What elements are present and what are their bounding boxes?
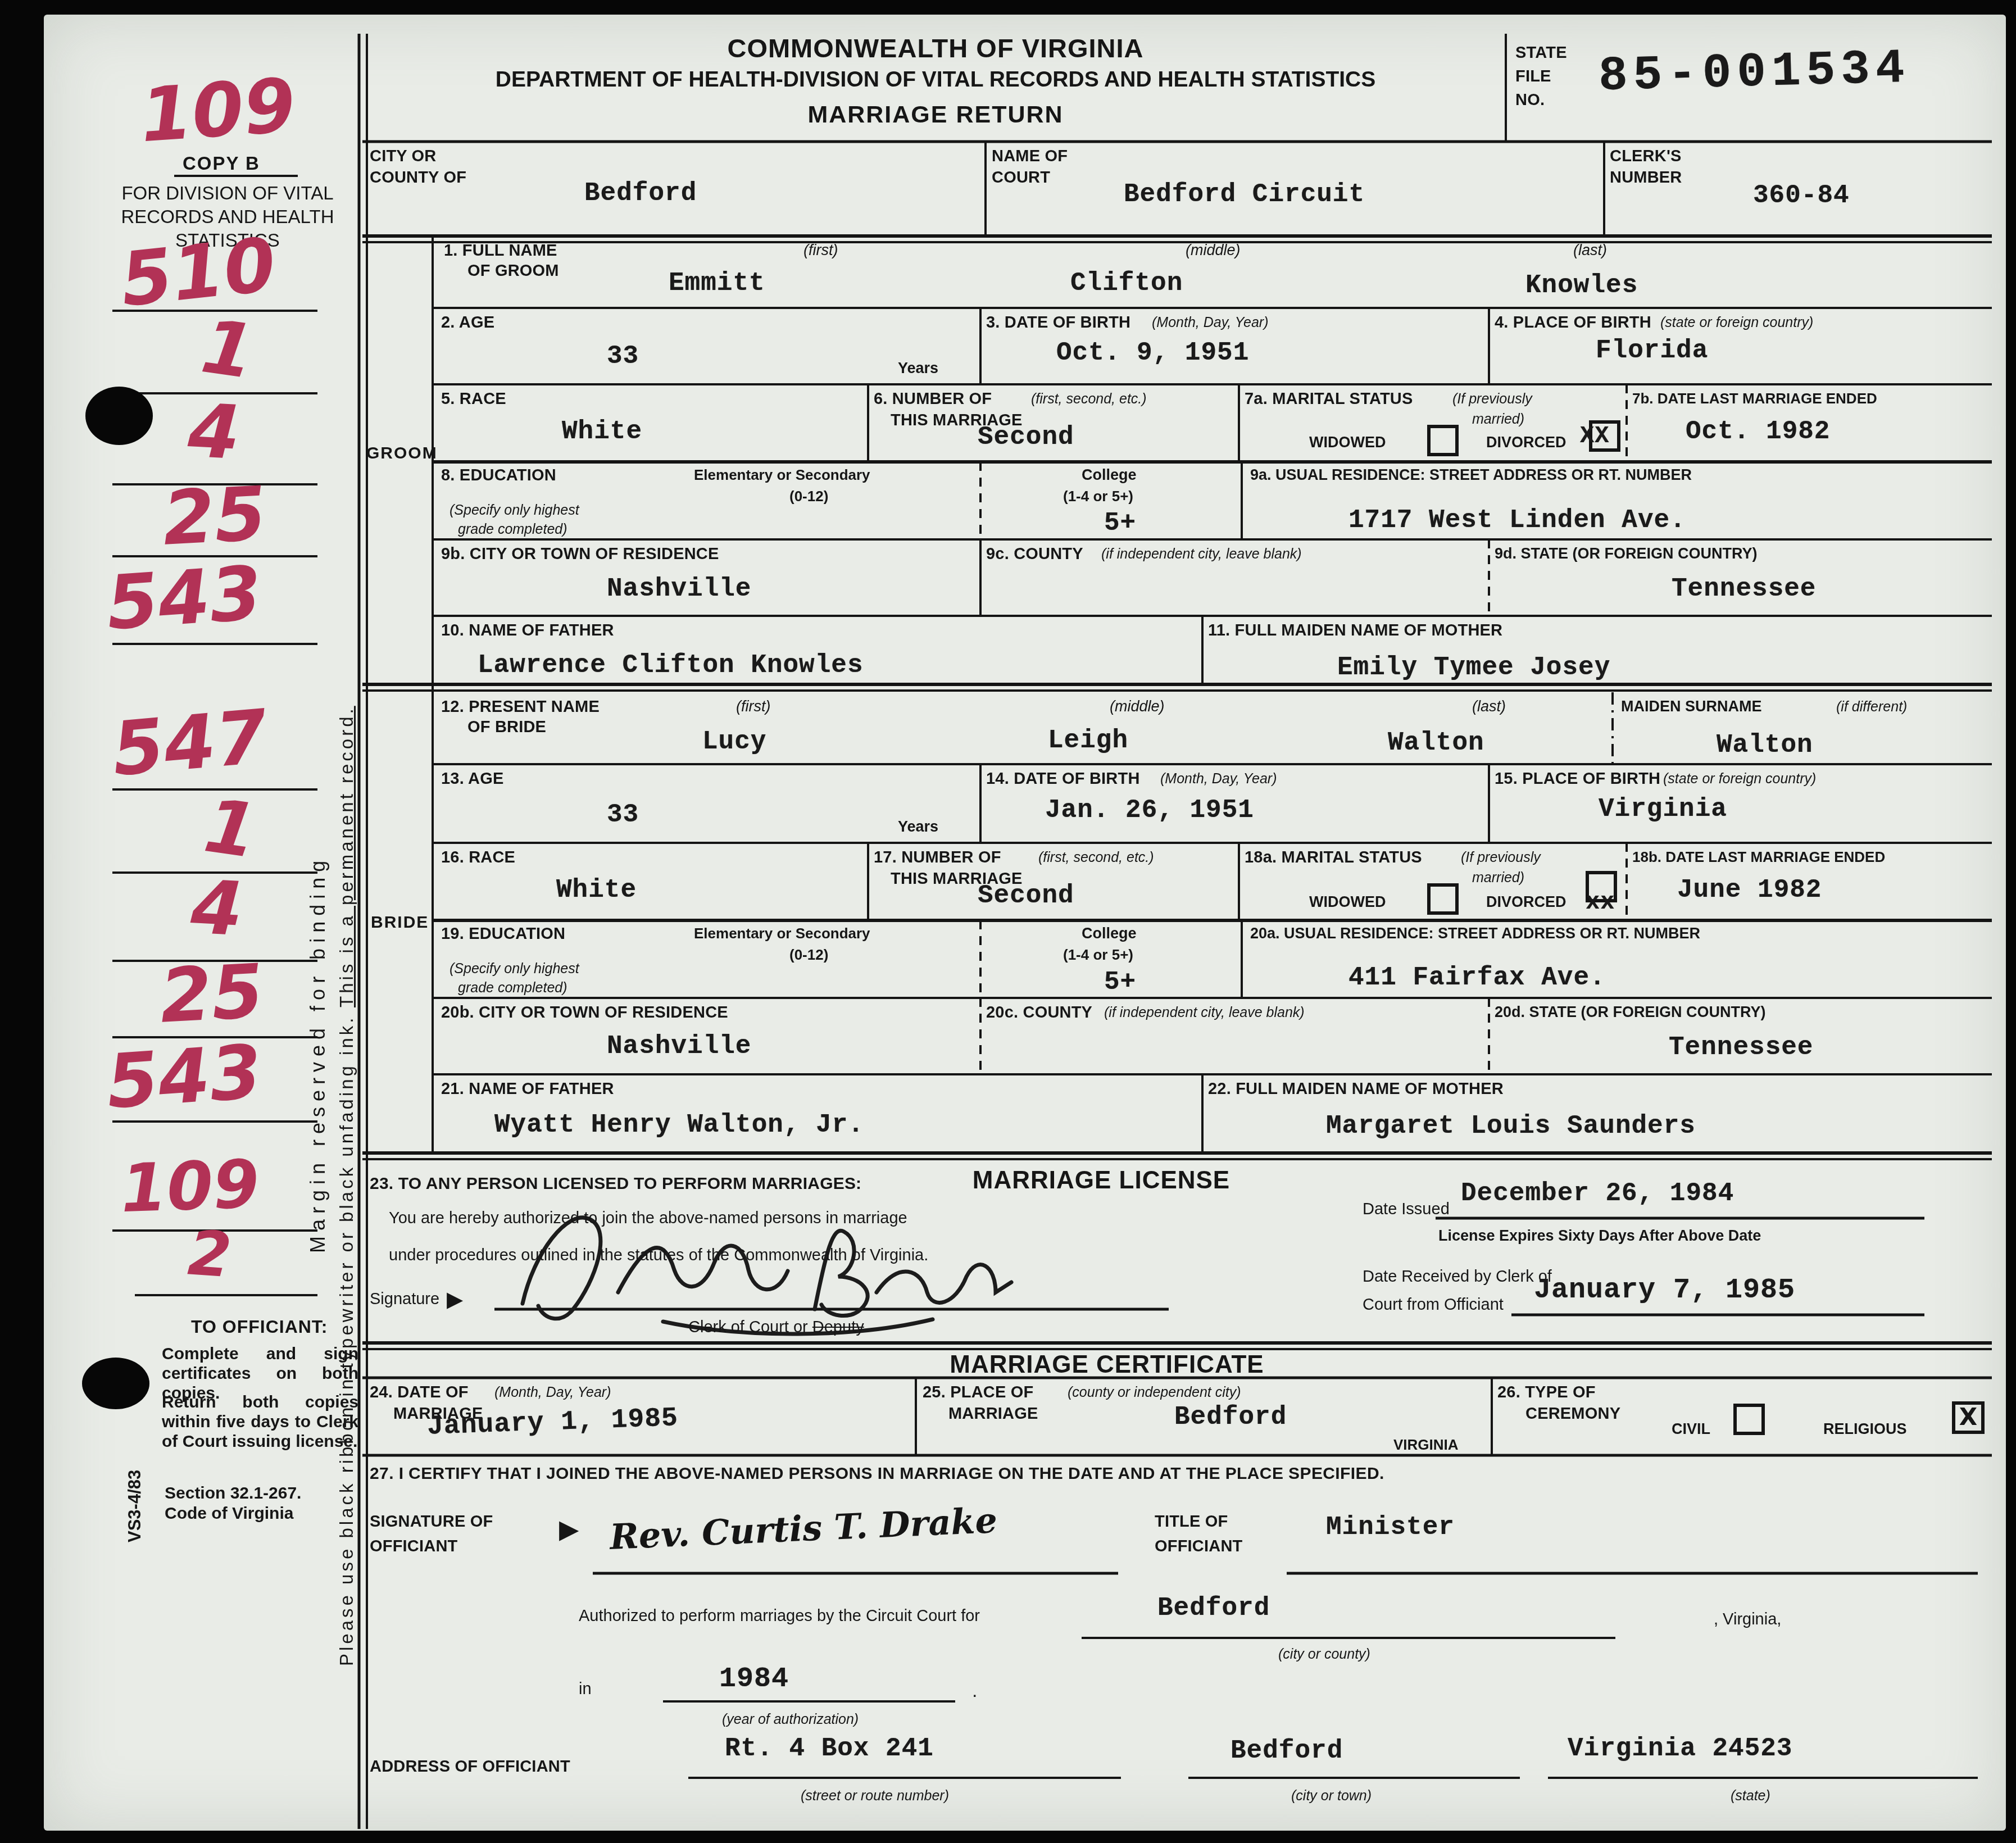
officiant-signature-label: OFFICIANT: [370, 1537, 457, 1556]
signature-arrow-icon: ▶: [447, 1287, 463, 1312]
clerk-caption-text: Clerk of Court or: [688, 1318, 812, 1336]
first-sublabel: (first): [803, 242, 838, 259]
groom-mother-value: Emily Tymee Josey: [1337, 653, 1610, 682]
code-reference: Section 32.1-267.: [165, 1483, 301, 1503]
bride-dob-value: Jan. 26, 1951: [1045, 796, 1254, 825]
groom-divorced-mark: XX: [1580, 423, 1609, 450]
groom-name-label: OF GROOM: [467, 262, 559, 280]
groom-county-sublabel: (if independent city, leave blank): [1101, 546, 1302, 562]
groom-education-spec: (Specify only highest: [449, 502, 579, 519]
bride-last-name: Walton: [1388, 728, 1484, 757]
cert-date-label: 24. DATE OF: [370, 1383, 469, 1402]
groom-divorced-label: DIVORCED: [1486, 434, 1567, 451]
form-rules: [0, 0, 2016, 1843]
groom-marriage-number-value: Second: [978, 423, 1074, 452]
state-sublabel: (state): [1731, 1788, 1770, 1804]
license-date-issued-label: Date Issued: [1363, 1200, 1450, 1219]
groom-last-marriage-ended-value: Oct. 1982: [1686, 417, 1830, 446]
groom-dob-label: 3. DATE OF BIRTH: [986, 314, 1130, 332]
bride-last-marriage-ended-value: June 1982: [1677, 875, 1822, 905]
margin-number: 543: [104, 550, 265, 647]
bride-mother-label: 22. FULL MAIDEN NAME OF MOTHER: [1208, 1080, 1504, 1098]
groom-race-value: White: [562, 417, 642, 446]
margin-number: 109: [138, 62, 298, 160]
bride-age-label: 13. AGE: [441, 770, 504, 788]
bride-marital-status-label: 18a. MARITAL STATUS: [1245, 848, 1422, 867]
maiden-surname-sublabel: (if different): [1836, 699, 1907, 715]
groom-first-name: Emmitt: [669, 269, 765, 298]
court-value: Bedford Circuit: [1124, 180, 1365, 209]
margin-number: 25: [161, 470, 269, 562]
religious-label: RELIGIOUS: [1823, 1420, 1907, 1438]
to-officiant-heading: TO OFFICIANT:: [191, 1317, 328, 1337]
groom-city-value: Nashville: [607, 574, 751, 603]
margin-number: 2: [186, 1216, 234, 1291]
bride-college-value: 5+: [1104, 968, 1136, 997]
license-date-issued-value: December 26, 1984: [1461, 1179, 1734, 1208]
civil-label: CIVIL: [1672, 1420, 1710, 1438]
groom-band-label: GROOM: [366, 444, 438, 463]
officiant-address-street: Rt. 4 Box 241: [725, 1734, 934, 1763]
binding-margin-note: Margin reserved for binding: [306, 855, 330, 1253]
bride-first-name: Lucy: [702, 727, 766, 756]
groom-marriage-number-label: 6. NUMBER OF: [874, 390, 992, 408]
groom-marital-status-sublabel: (If previously: [1452, 391, 1532, 407]
cert-place-state: VIRGINIA: [1393, 1436, 1459, 1454]
title-department: DEPARTMENT OF HEALTH-DIVISION OF VITAL R…: [371, 67, 1500, 92]
bride-marriage-number-sublabel: (first, second, etc.): [1038, 850, 1154, 866]
bride-residence-value: 411 Fairfax Ave.: [1348, 963, 1606, 992]
groom-pob-label: 4. PLACE OF BIRTH: [1495, 314, 1651, 332]
bride-state-value: Tennessee: [1669, 1033, 1813, 1062]
year-sublabel: (year of authorization): [722, 1712, 859, 1728]
bride-education-label: 19. EDUCATION: [441, 925, 565, 943]
groom-marital-status-label: 7a. MARITAL STATUS: [1245, 390, 1413, 408]
bride-race-label: 16. RACE: [441, 848, 515, 867]
bride-dob-label: 14. DATE OF BIRTH: [986, 770, 1140, 788]
bride-city-value: Nashville: [607, 1032, 751, 1061]
bride-marriage-number-label: 17. NUMBER OF: [874, 848, 1001, 867]
permanent-record-note: Please use black ribbon in typewriter or…: [336, 706, 357, 1666]
bride-band-label: BRIDE: [371, 913, 429, 932]
officiant-note: Return both copies within five days to C…: [162, 1392, 358, 1451]
court-label: COURT: [992, 169, 1050, 187]
groom-marriage-number-sublabel: (first, second, etc.): [1031, 391, 1147, 407]
form-code: VS3-4/83: [125, 1470, 145, 1542]
bride-name-label: OF BRIDE: [467, 718, 546, 737]
copy-for-text: RECORDS AND HEALTH: [96, 207, 360, 226]
groom-last-marriage-ended-label: 7b. DATE LAST MARRIAGE ENDED: [1632, 390, 1877, 407]
groom-state-label: 9d. STATE (OR FOREIGN COUNTRY): [1495, 545, 1758, 562]
cert-place-label: MARRIAGE: [948, 1405, 1038, 1423]
authorized-place-value: Bedford: [1157, 1594, 1270, 1623]
first-sublabel: (first): [736, 698, 770, 715]
groom-last-name: Knowles: [1525, 271, 1638, 300]
elementary-secondary-range: (0-12): [789, 946, 828, 964]
state-file-number: 85-001534: [1598, 41, 1911, 104]
authorized-label: Authorized to perform marriages by the C…: [579, 1607, 980, 1626]
clerk-caption: Clerk of Court or Deputy: [688, 1318, 864, 1337]
bride-county-label: 20c. COUNTY: [986, 1004, 1092, 1022]
street-sublabel: (street or route number): [801, 1788, 949, 1804]
bride-marriage-number-value: Second: [978, 881, 1074, 910]
elementary-secondary-range: (0-12): [789, 488, 828, 505]
college-label: College: [1082, 466, 1137, 484]
groom-dob-value: Oct. 9, 1951: [1056, 338, 1249, 367]
groom-residence-value: 1717 West Linden Ave.: [1348, 506, 1686, 535]
civil-checkbox: [1733, 1404, 1765, 1435]
bride-race-value: White: [556, 875, 637, 905]
cert-place-sublabel: (county or independent city): [1068, 1384, 1241, 1401]
groom-marital-status-sublabel: married): [1472, 411, 1524, 428]
bride-pob-sublabel: (state or foreign country): [1663, 771, 1816, 787]
in-label: in: [579, 1680, 592, 1699]
groom-residence-label: 9a. USUAL RESIDENCE: STREET ADDRESS OR R…: [1250, 466, 1692, 484]
bride-divorced-mark: xx: [1586, 889, 1615, 916]
bride-widowed-checkbox: [1427, 883, 1459, 915]
cert-place-value: Bedford: [1174, 1402, 1287, 1432]
religious-check-mark: X: [1959, 1403, 1977, 1431]
officiant-address-label: ADDRESS OF OFFICIANT: [370, 1758, 570, 1776]
bride-last-marriage-ended-label: 18b. DATE LAST MARRIAGE ENDED: [1632, 848, 1885, 866]
bride-city-label: 20b. CITY OR TOWN OF RESIDENCE: [441, 1004, 728, 1022]
state-file-label: STATE: [1515, 44, 1567, 62]
bride-maiden-surname: Walton: [1717, 730, 1813, 760]
margin-number: 109: [120, 1145, 261, 1228]
officiant-title-label: OFFICIANT: [1155, 1537, 1242, 1556]
license-section-title: MARRIAGE LICENSE: [905, 1166, 1298, 1195]
bride-widowed-label: WIDOWED: [1309, 893, 1386, 911]
elementary-secondary-label: Elementary or Secondary: [694, 466, 870, 484]
groom-age-label: 2. AGE: [441, 314, 494, 332]
margin-number: 25: [158, 948, 266, 1039]
margin-number: 510: [117, 221, 280, 324]
bride-divorced-label: DIVORCED: [1486, 893, 1567, 911]
license-expires-note: License Expires Sixty Days After Above D…: [1438, 1227, 1761, 1245]
state-file-label: NO.: [1515, 91, 1545, 110]
bride-age-value: 33: [607, 800, 639, 829]
years-label: Years: [898, 360, 938, 377]
officiant-address-state: Virginia 24523: [1568, 1734, 1792, 1763]
copy-for-text: FOR DIVISION OF VITAL: [96, 183, 360, 203]
bride-father-value: Wyatt Henry Walton, Jr.: [494, 1110, 864, 1140]
city-county-value: Bedford: [584, 179, 697, 208]
state-file-label: FILE: [1515, 67, 1551, 86]
license-signature-label: Signature: [370, 1290, 439, 1309]
clerk-caption-struck: Deputy: [812, 1318, 864, 1336]
city-county-sublabel: (city or county): [1278, 1646, 1370, 1663]
groom-age-value: 33: [607, 342, 639, 371]
groom-pob-sublabel: (state or foreign country): [1660, 315, 1813, 331]
groom-education-label: 8. EDUCATION: [441, 466, 556, 485]
bride-dob-sublabel: (Month, Day, Year): [1160, 771, 1277, 787]
bride-middle-name: Leigh: [1048, 726, 1128, 755]
punch-holes: [82, 387, 153, 1409]
license-auth-text: You are hereby authorized to join the ab…: [389, 1209, 907, 1228]
title-marriage-return: MARRIAGE RETURN: [371, 101, 1500, 129]
bride-pob-label: 15. PLACE OF BIRTH: [1495, 770, 1660, 788]
cert-item27-text: 27. I CERTIFY THAT I JOINED THE ABOVE-NA…: [370, 1464, 1384, 1483]
groom-widowed-label: WIDOWED: [1309, 434, 1386, 451]
license-item23-label: 23. TO ANY PERSON LICENSED TO PERFORM MA…: [370, 1174, 861, 1193]
religious-checkbox: X: [1952, 1401, 1985, 1434]
bride-name-label: 12. PRESENT NAME: [441, 698, 600, 716]
officiant-address-city: Bedford: [1231, 1736, 1343, 1765]
clerk-number-label: NUMBER: [1610, 169, 1682, 187]
last-sublabel: (last): [1472, 698, 1506, 715]
license-date-received-value: January 7, 1985: [1534, 1274, 1795, 1306]
bride-residence-label: 20a. USUAL RESIDENCE: STREET ADDRESS OR …: [1250, 925, 1700, 942]
copy-label: COPY B: [183, 153, 260, 174]
court-label: NAME OF: [992, 147, 1068, 166]
virginia-suffix: , Virginia,: [1714, 1610, 1781, 1629]
college-range: (1-4 or 5+): [1063, 946, 1133, 964]
groom-name-label: 1. FULL NAME: [444, 242, 557, 260]
cert-ceremony-label: CEREMONY: [1525, 1405, 1620, 1423]
bride-marital-status-sublabel: (If previously: [1461, 850, 1541, 866]
college-range: (1-4 or 5+): [1063, 488, 1133, 505]
groom-pob-value: Florida: [1596, 336, 1708, 365]
bride-county-sublabel: (if independent city, leave blank): [1104, 1005, 1305, 1021]
groom-father-value: Lawrence Clifton Knowles: [478, 651, 864, 680]
middle-sublabel: (middle): [1110, 698, 1165, 715]
elementary-secondary-label: Elementary or Secondary: [694, 925, 870, 942]
margin-number: 4: [189, 864, 245, 954]
margin-number: 543: [104, 1029, 265, 1126]
city-county-label: COUNTY OF: [370, 169, 466, 187]
license-received-label: Court from Officiant: [1363, 1296, 1504, 1314]
margin-number: 547: [109, 693, 271, 793]
last-sublabel: (last): [1573, 242, 1607, 259]
bride-father-label: 21. NAME OF FATHER: [441, 1080, 614, 1098]
bride-state-label: 20d. STATE (OR FOREIGN COUNTRY): [1495, 1004, 1766, 1021]
groom-education-spec: grade completed): [458, 521, 567, 538]
maiden-surname-label: MAIDEN SURNAME: [1621, 698, 1762, 715]
years-label: Years: [898, 818, 938, 836]
cert-ceremony-label: 26. TYPE OF: [1497, 1383, 1596, 1402]
bride-education-spec: grade completed): [458, 980, 567, 996]
cert-place-label: 25. PLACE OF: [923, 1383, 1033, 1402]
authorization-year-value: 1984: [719, 1663, 789, 1695]
bride-mother-value: Margaret Louis Saunders: [1326, 1111, 1696, 1141]
bride-marital-status-sublabel: married): [1472, 870, 1524, 886]
permanent-note-text: This is a permanent record.: [336, 706, 357, 1007]
groom-widowed-checkbox: [1427, 425, 1459, 456]
groom-dob-sublabel: (Month, Day, Year): [1152, 315, 1269, 331]
groom-middle-name: Clifton: [1070, 269, 1183, 298]
groom-college-value: 5+: [1104, 509, 1136, 538]
ink-note-text: Please use black ribbon in typewriter or…: [336, 1007, 357, 1666]
license-auth-text: under procedures outlined in the statute…: [389, 1246, 928, 1265]
groom-mother-label: 11. FULL MAIDEN NAME OF MOTHER: [1208, 621, 1502, 640]
title-commonwealth: COMMONWEALTH OF VIRGINIA: [371, 33, 1500, 63]
bride-education-spec: (Specify only highest: [449, 961, 579, 977]
groom-county-label: 9c. COUNTY: [986, 545, 1083, 564]
margin-number: 4: [186, 388, 242, 477]
signature-arrow-icon: ▶: [559, 1514, 579, 1544]
year-period: .: [972, 1680, 977, 1702]
city-county-label: CITY OR: [370, 147, 437, 166]
groom-city-label: 9b. CITY OR TOWN OF RESIDENCE: [441, 545, 719, 564]
code-reference: Code of Virginia: [165, 1504, 293, 1523]
groom-race-label: 5. RACE: [441, 390, 506, 408]
license-received-label: Date Received by Clerk of: [1363, 1268, 1552, 1286]
city-town-sublabel: (city or town): [1291, 1788, 1372, 1804]
college-label: College: [1082, 925, 1137, 942]
clerk-signature: [523, 1218, 1011, 1334]
groom-state-value: Tennessee: [1672, 574, 1816, 603]
clerk-number-label: CLERK'S: [1610, 147, 1682, 166]
officiant-signature-label: SIGNATURE OF: [370, 1513, 493, 1531]
officiant-title-value: Minister: [1326, 1513, 1455, 1542]
clerk-number-value: 360-84: [1753, 181, 1850, 210]
scanned-marriage-return: COMMONWEALTH OF VIRGINIA DEPARTMENT OF H…: [0, 0, 2016, 1843]
middle-sublabel: (middle): [1186, 242, 1241, 259]
certificate-section-title: MARRIAGE CERTIFICATE: [893, 1351, 1320, 1379]
officiant-title-label: TITLE OF: [1155, 1513, 1228, 1531]
cert-date-sublabel: (Month, Day, Year): [494, 1384, 611, 1401]
groom-father-label: 10. NAME OF FATHER: [441, 621, 614, 640]
bride-pob-value: Virginia: [1599, 795, 1727, 824]
